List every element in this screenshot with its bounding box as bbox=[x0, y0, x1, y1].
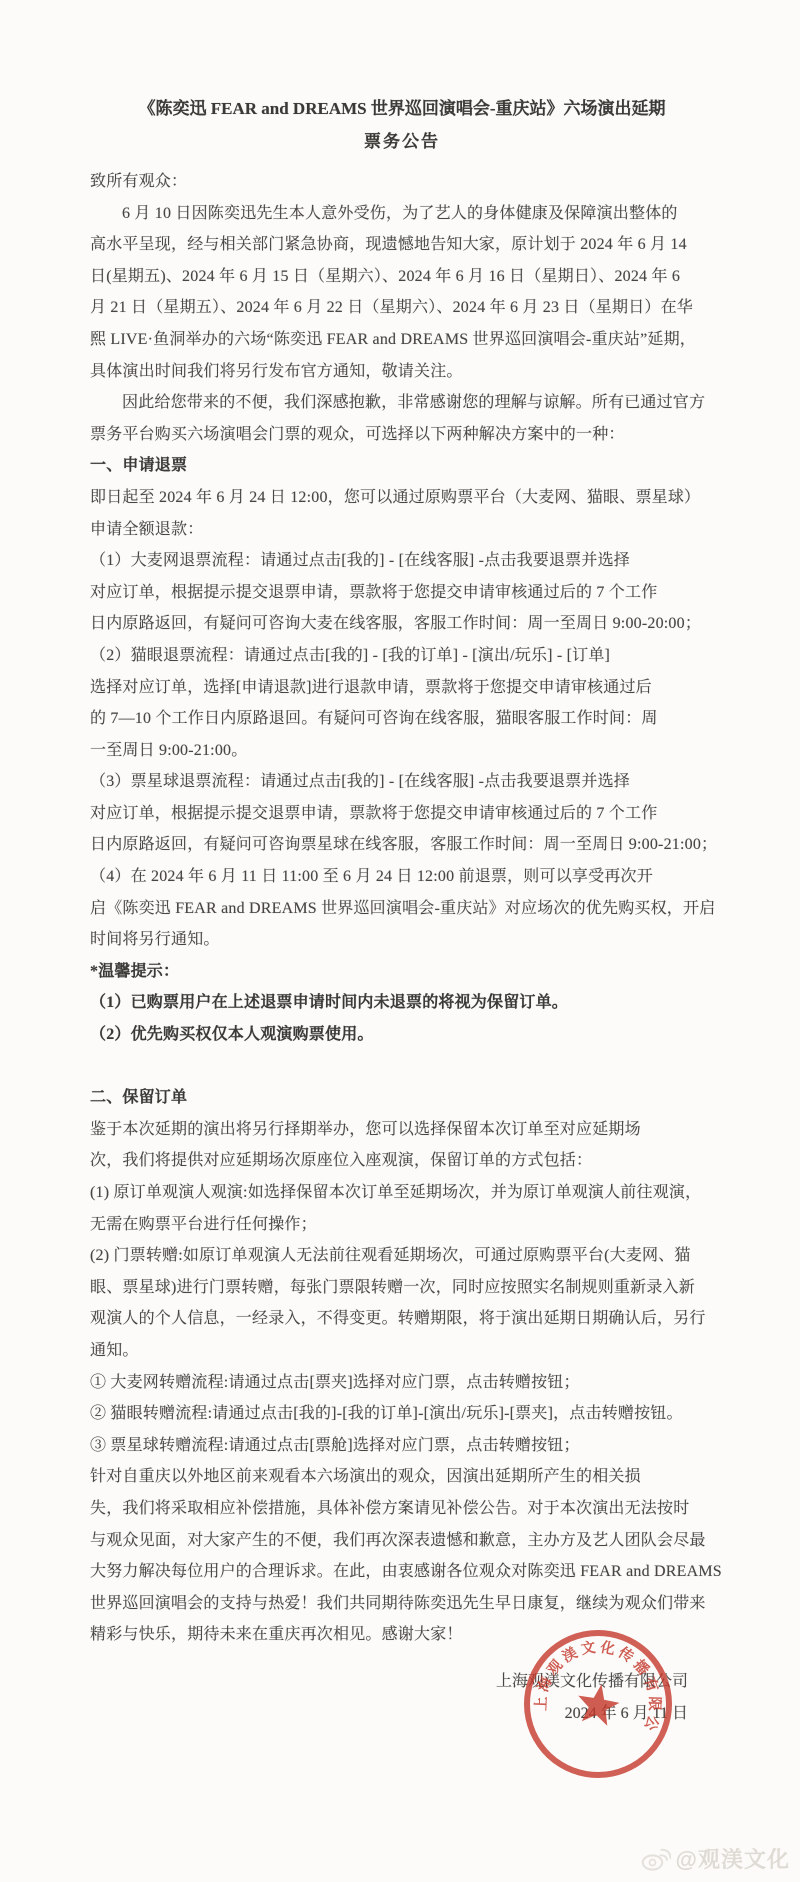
doc-line: 月 21 日（星期五）、2024 年 6 月 22 日（星期六）、2024 年 … bbox=[90, 292, 714, 324]
doc-line: 鉴于本次延期的演出将另行择期举办，您可以选择保留本次订单至对应延期场 bbox=[90, 1114, 714, 1146]
doc-line: 眼、票星球)进行门票转赠，每张门票限转赠一次，同时应按照实名制规则重新录入新 bbox=[90, 1272, 714, 1304]
signature-company: 上海观渼文化传播有限公司 bbox=[496, 1666, 688, 1698]
doc-line: （3）票星球退票流程：请通过点击[我的] - [在线客服] -点击我要退票并选择 bbox=[90, 766, 714, 798]
doc-line: 即日起至 2024 年 6 月 24 日 12:00，您可以通过原购票平台（大麦… bbox=[90, 482, 714, 514]
doc-line: 日内原路返回，有疑问可咨询大麦在线客服，客服工作时间：周一至周日 9:00-20… bbox=[90, 608, 714, 640]
doc-line: （4）在 2024 年 6 月 11 日 11:00 至 6 月 24 日 12… bbox=[90, 861, 714, 893]
doc-line: 通知。 bbox=[90, 1335, 714, 1367]
doc-line: 致所有观众： bbox=[90, 166, 714, 198]
doc-line: （2）猫眼退票流程：请通过点击[我的] - [我的订单] - [演出/玩乐] -… bbox=[90, 640, 714, 672]
doc-line: 对应订单，根据提示提交退票申请，票款将于您提交申请审核通过后的 7 个工作 bbox=[90, 798, 714, 830]
doc-line: 高水平呈现，经与相关部门紧急协商，现遗憾地告知大家，原计划于 2024 年 6 … bbox=[90, 229, 714, 261]
doc-line: 熙 LIVE·鱼洞举办的六场“陈奕迅 FEAR and DREAMS 世界巡回演… bbox=[90, 324, 714, 356]
announcement-page: 《陈奕迅 FEAR and DREAMS 世界巡回演唱会-重庆站》六场演出延期 … bbox=[0, 0, 800, 1882]
doc-line: 观演人的个人信息，一经录入，不得变更。转赠期限，将于演出延期日期确认后，另行 bbox=[90, 1303, 714, 1335]
doc-line: ① 大麦网转赠流程:请通过点击[票夹]选择对应门票，点击转赠按钮； bbox=[90, 1367, 714, 1399]
page-subtitle: 票务公告 bbox=[90, 125, 714, 158]
doc-line: 的 7—10 个工作日内原路退回。有疑问可咨询在线客服，猫眼客服工作时间：周 bbox=[90, 703, 714, 735]
doc-line: *温馨提示： bbox=[90, 956, 714, 988]
doc-line: 因此给您带来的不便，我们深感抱歉，非常感谢您的理解与谅解。所有已通过官方 bbox=[90, 387, 714, 419]
doc-line: (1) 原订单观演人观演:如选择保留本次订单至延期场次，并为原订单观演人前往观演… bbox=[90, 1177, 714, 1209]
doc-line: （2）优先购买权仅本人观演购票使用。 bbox=[90, 1019, 714, 1051]
doc-line: 时间将另行通知。 bbox=[90, 924, 714, 956]
doc-line: 次，我们将提供对应延期场次原座位入座观演，保留订单的方式包括： bbox=[90, 1145, 714, 1177]
doc-line: (2) 门票转赠:如原订单观演人无法前往观看延期场次，可通过原购票平台(大麦网、… bbox=[90, 1240, 714, 1272]
watermark-handle: @观渼文化 bbox=[676, 1843, 790, 1874]
doc-line: （1）已购票用户在上述退票申请时间内未退票的将视为保留订单。 bbox=[90, 987, 714, 1019]
doc-line: ② 猫眼转赠流程:请通过点击[我的]-[我的订单]-[演出/玩乐]-[票夹]，点… bbox=[90, 1398, 714, 1430]
doc-line: （1）大麦网退票流程：请通过点击[我的] - [在线客服] -点击我要退票并选择 bbox=[90, 545, 714, 577]
doc-line-gap bbox=[90, 1051, 714, 1083]
doc-line: 与观众见面，对大家产生的不便，我们再次深表遗憾和歉意，主办方及艺人团队会尽最 bbox=[90, 1525, 714, 1557]
doc-line: 一、申请退票 bbox=[90, 450, 714, 482]
doc-line: 日(星期五)、2024 年 6 月 15 日（星期六）、2024 年 6 月 1… bbox=[90, 261, 714, 293]
doc-line: 对应订单，根据提示提交退票申请，票款将于您提交申请审核通过后的 7 个工作 bbox=[90, 577, 714, 609]
doc-line: 启《陈奕迅 FEAR and DREAMS 世界巡回演唱会-重庆站》对应场次的优… bbox=[90, 893, 714, 925]
doc-line: 申请全额退款： bbox=[90, 514, 714, 546]
doc-line: 日内原路返回，有疑问可咨询票星球在线客服，客服工作时间：周一至周日 9:00-2… bbox=[90, 829, 714, 861]
doc-line: 精彩与快乐，期待未来在重庆再次相见。感谢大家！ bbox=[90, 1619, 714, 1651]
signature-date: 2024 年 6 月 11 日 bbox=[496, 1698, 688, 1730]
document-lines: 致所有观众：6 月 10 日因陈奕迅先生本人意外受伤，为了艺人的身体健康及保障演… bbox=[90, 166, 714, 1651]
doc-line: 针对自重庆以外地区前来观看本六场演出的观众，因演出延期所产生的相关损 bbox=[90, 1461, 714, 1493]
weibo-watermark: @观渼文化 bbox=[641, 1843, 790, 1874]
doc-line: 票务平台购买六场演唱会门票的观众，可选择以下两种解决方案中的一种： bbox=[90, 419, 714, 451]
weibo-icon bbox=[641, 1846, 671, 1872]
doc-line: 6 月 10 日因陈奕迅先生本人意外受伤，为了艺人的身体健康及保障演出整体的 bbox=[90, 198, 714, 230]
doc-line: 大努力解决每位用户的合理诉求。在此，由衷感谢各位观众对陈奕迅 FEAR and … bbox=[90, 1556, 714, 1588]
signature-block: 上海观渼文化传播有限公司 2024 年 6 月 11 日 bbox=[496, 1666, 688, 1730]
doc-line: 具体演出时间我们将另行发布官方通知，敬请关注。 bbox=[90, 356, 714, 388]
doc-line: 二、保留订单 bbox=[90, 1082, 714, 1114]
page-title: 《陈奕迅 FEAR and DREAMS 世界巡回演唱会-重庆站》六场演出延期 bbox=[90, 92, 714, 125]
doc-line: 失，我们将采取相应补偿措施，具体补偿方案请见补偿公告。对于本次演出无法按时 bbox=[90, 1493, 714, 1525]
document-body: 《陈奕迅 FEAR and DREAMS 世界巡回演唱会-重庆站》六场演出延期 … bbox=[90, 92, 714, 1651]
doc-line: ③ 票星球转赠流程:请通过点击[票舱]选择对应门票，点击转赠按钮； bbox=[90, 1430, 714, 1462]
doc-line: 一至周日 9:00-21:00。 bbox=[90, 735, 714, 767]
doc-line: 世界巡回演唱会的支持与热爱！我们共同期待陈奕迅先生早日康复，继续为观众们带来 bbox=[90, 1588, 714, 1620]
doc-line: 选择对应订单，选择[申请退款]进行退款申请，票款将于您提交申请审核通过后 bbox=[90, 672, 714, 704]
doc-line: 无需在购票平台进行任何操作； bbox=[90, 1209, 714, 1241]
